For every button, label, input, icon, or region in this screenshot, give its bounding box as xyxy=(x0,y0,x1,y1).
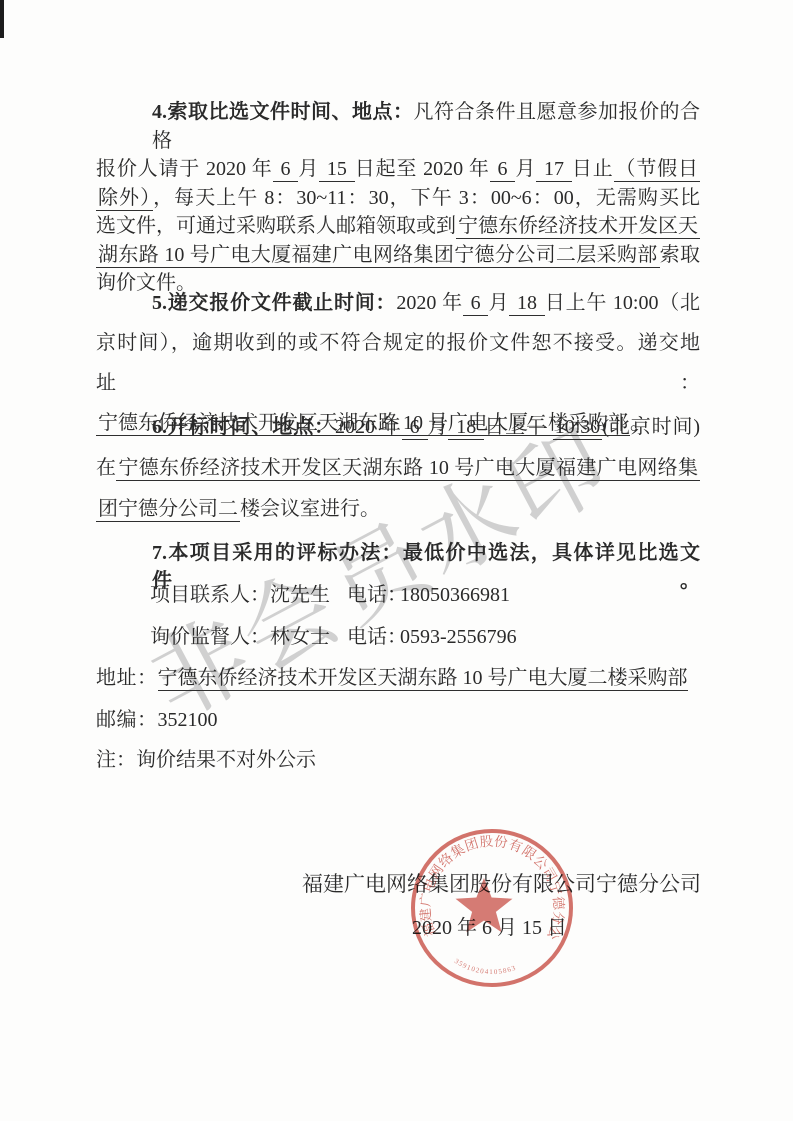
postal-row: 邮编：352100 xyxy=(96,708,700,732)
seal-company-arc-text: 福建广电网络集团股份有限公司宁德分公司 xyxy=(407,826,566,942)
text-segment: 6.开标时间、地点： xyxy=(152,416,335,438)
supervisor-contact-phone: 0593-2556796 xyxy=(400,625,517,649)
company-seal-stamp: 福建广电网络集团股份有限公司宁德分公司 35910204105863 xyxy=(407,826,577,992)
phone-label: 电话： xyxy=(347,583,407,607)
underlined-text-segment: 6 xyxy=(273,158,299,182)
text-segment: 选文件，可通过采购联系人邮箱领取或到 xyxy=(96,215,456,237)
text-line: 6.开标时间、地点：2020 年 6 月 18 日上午 10:30(北京时间) xyxy=(96,407,700,448)
seal-serial-number: 35910204105863 xyxy=(453,957,518,976)
document-body: 4.索取比选文件时间、地点：凡符合条件且愿意参加报价的合格报价人请于 2020 … xyxy=(96,0,700,1121)
text-segment: 日止 xyxy=(572,158,614,180)
text-line: 京时间），逾期收到的或不符合规定的报价文件恕不接受。递交地址： xyxy=(96,323,700,403)
text-segment: 5.递交报价文件截止时间： xyxy=(152,292,396,314)
text-segment: 2020 年 xyxy=(396,292,463,314)
underlined-text-segment: 6 xyxy=(490,158,516,182)
text-segment: 楼会议室进行。 xyxy=(240,498,380,520)
supervisor-contact-name: 询价监督人：林女士 xyxy=(150,625,330,649)
text-line: 选文件，可通过采购联系人邮箱领取或到宁德东侨经济技术开发区天 xyxy=(96,212,700,241)
text-segment: 日上午 10:00（北 xyxy=(545,292,700,314)
underlined-text-segment: （节假日 xyxy=(614,158,700,182)
text-line: 报价人请于 2020 年 6 月 15 日起至 2020 年 6 月 17 日止… xyxy=(96,155,700,184)
text-segment: 月 xyxy=(515,158,536,180)
underlined-text-segment: 团宁德分公司二 xyxy=(96,498,240,522)
underlined-text-segment: 6 xyxy=(463,292,489,316)
project-contact-phone: 18050366981 xyxy=(400,583,510,607)
underlined-text-segment: 15 xyxy=(319,158,355,182)
address-row: 地址：宁德东侨经济技术开发区天湖东路 10 号广电大厦二楼采购部 xyxy=(96,666,700,690)
underlined-text-segment: 6 xyxy=(402,416,428,440)
postal-label: 邮编： xyxy=(96,709,158,731)
text-segment: 月 xyxy=(488,292,509,314)
text-segment: 月 xyxy=(298,158,319,180)
text-line: 除外），每天上午 8：30~11：30，下午 3：00~6：00，无需购买比 xyxy=(96,184,700,213)
document-page: 非会员水印 4.索取比选文件时间、地点：凡符合条件且愿意参加报价的合格报价人请于… xyxy=(0,0,793,1121)
text-segment: (北京时间) xyxy=(602,416,700,438)
underlined-text-segment: 湖东路 10 号广电大厦福建广电网络集团宁德分公司二层采购部 xyxy=(96,244,660,268)
seal-star-icon xyxy=(456,878,513,932)
text-line: 团宁德分公司二楼会议室进行。 xyxy=(96,489,700,530)
address-value: 宁德东侨经济技术开发区天湖东路 10 号广电大厦二楼采购部 xyxy=(158,667,688,691)
scan-edge-artifact xyxy=(0,0,4,38)
section-6-paragraph: 6.开标时间、地点：2020 年 6 月 18 日上午 10:30(北京时间)在… xyxy=(96,407,700,530)
underlined-text-segment: 宁德东侨经济技术开发区天湖东路 10 号广电大厦福建广电网络集 xyxy=(116,457,700,481)
phone-label: 电话： xyxy=(347,625,407,649)
underlined-text-segment: 10:30 xyxy=(553,416,603,440)
underlined-text-segment: 18 xyxy=(509,292,545,316)
text-segment: 报价人请于 2020 年 xyxy=(96,158,273,180)
address-label: 地址： xyxy=(96,667,158,689)
postal-value: 352100 xyxy=(158,709,218,731)
note-row: 注：询价结果不对外公示 xyxy=(96,748,700,772)
text-line: 在宁德东侨经济技术开发区天湖东路 10 号广电大厦福建广电网络集 xyxy=(96,448,700,489)
text-segment: 日上午 xyxy=(484,416,553,438)
underlined-text-segment: 宁德东侨经济技术开发区天 xyxy=(456,215,700,239)
text-segment: 4.索取比选文件时间、地点： xyxy=(152,101,414,123)
text-line: 湖东路 10 号广电大厦福建广电网络集团宁德分公司二层采购部索取 xyxy=(96,241,700,270)
text-segment: 2020 年 xyxy=(335,416,402,438)
underlined-text-segment: 18 xyxy=(448,416,484,440)
underlined-text-segment: 除外） xyxy=(96,187,153,211)
text-segment: 在 xyxy=(96,457,116,479)
underlined-text-segment: 17 xyxy=(536,158,572,182)
text-line: 5.递交报价文件截止时间：2020 年 6 月 18 日上午 10:00（北 xyxy=(96,283,700,323)
text-segment: ，每天上午 8：30~11：30，下午 3：00~6：00，无需购买比 xyxy=(153,187,700,209)
text-segment: 京时间），逾期收到的或不符合规定的报价文件恕不接受。递交地址： xyxy=(96,332,700,394)
text-segment: 月 xyxy=(428,416,449,438)
project-contact-name: 项目联系人：沈先生 xyxy=(150,583,330,607)
text-segment: 日起至 2020 年 xyxy=(355,158,490,180)
text-segment: 索取 xyxy=(660,244,700,266)
section-4-paragraph: 4.索取比选文件时间、地点：凡符合条件且愿意参加报价的合格报价人请于 2020 … xyxy=(96,98,700,298)
text-line: 4.索取比选文件时间、地点：凡符合条件且愿意参加报价的合格 xyxy=(96,98,700,155)
